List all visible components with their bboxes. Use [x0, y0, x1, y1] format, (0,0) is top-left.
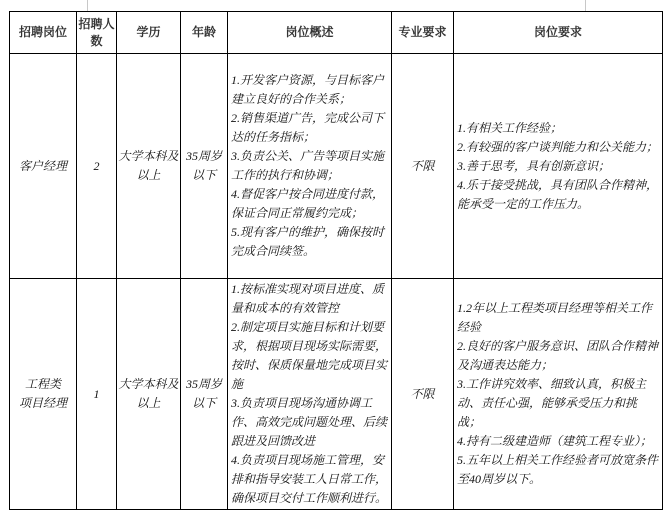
cell-overview: 1.按标准实现对项目进度、质量和成本的有效管控 2.制定项目实施目标和计划要求，… [228, 279, 392, 510]
cell-education: 大学本科及以上 [117, 54, 181, 279]
cell-headcount: 2 [77, 54, 117, 279]
cell-position: 客户经理 [10, 54, 77, 279]
header-cell-overview: 岗位概述 [228, 12, 392, 54]
cell-job-requirements: 1.2年以上工程类项目经理等相关工作经验 2.良好的客户服务意识、团队合作精神及… [454, 279, 663, 510]
cell-major-requirement: 不限 [392, 279, 454, 510]
cell-age: 35周岁以下 [181, 54, 228, 279]
cell-position: 工程类 项目经理 [10, 279, 77, 510]
table-row: 工程类 项目经理 1 大学本科及以上 35周岁以下 1.按标准实现对项目进度、质… [10, 279, 663, 510]
cell-education: 大学本科及以上 [117, 279, 181, 510]
cell-age: 35周岁以下 [181, 279, 228, 510]
recruitment-table: 招聘岗位 招聘人数 学历 年龄 岗位概述 专业要求 岗位要求 客户经理 2 大学… [9, 11, 663, 510]
header-cell-education: 学历 [117, 12, 181, 54]
header-cell-major-requirement: 专业要求 [392, 12, 454, 54]
header-cell-position: 招聘岗位 [10, 12, 77, 54]
table-header-row: 招聘岗位 招聘人数 学历 年龄 岗位概述 专业要求 岗位要求 [10, 12, 663, 54]
ruler-artifact-line-right [585, 0, 586, 11]
header-cell-age: 年龄 [181, 12, 228, 54]
table-row: 客户经理 2 大学本科及以上 35周岁以下 1.开发客户资源，与目标客户建立良好… [10, 54, 663, 279]
header-cell-headcount: 招聘人数 [77, 12, 117, 54]
cell-job-requirements: 1.有相关工作经验； 2.有较强的客户谈判能力和公关能力； 3.善于思考，具有创… [454, 54, 663, 279]
cell-headcount: 1 [77, 279, 117, 510]
header-cell-job-requirements: 岗位要求 [454, 12, 663, 54]
ruler-artifact-line-left [87, 0, 88, 11]
cell-overview: 1.开发客户资源，与目标客户建立良好的合作关系； 2.销售渠道广告，完成公司下达… [228, 54, 392, 279]
cell-major-requirement: 不限 [392, 54, 454, 279]
